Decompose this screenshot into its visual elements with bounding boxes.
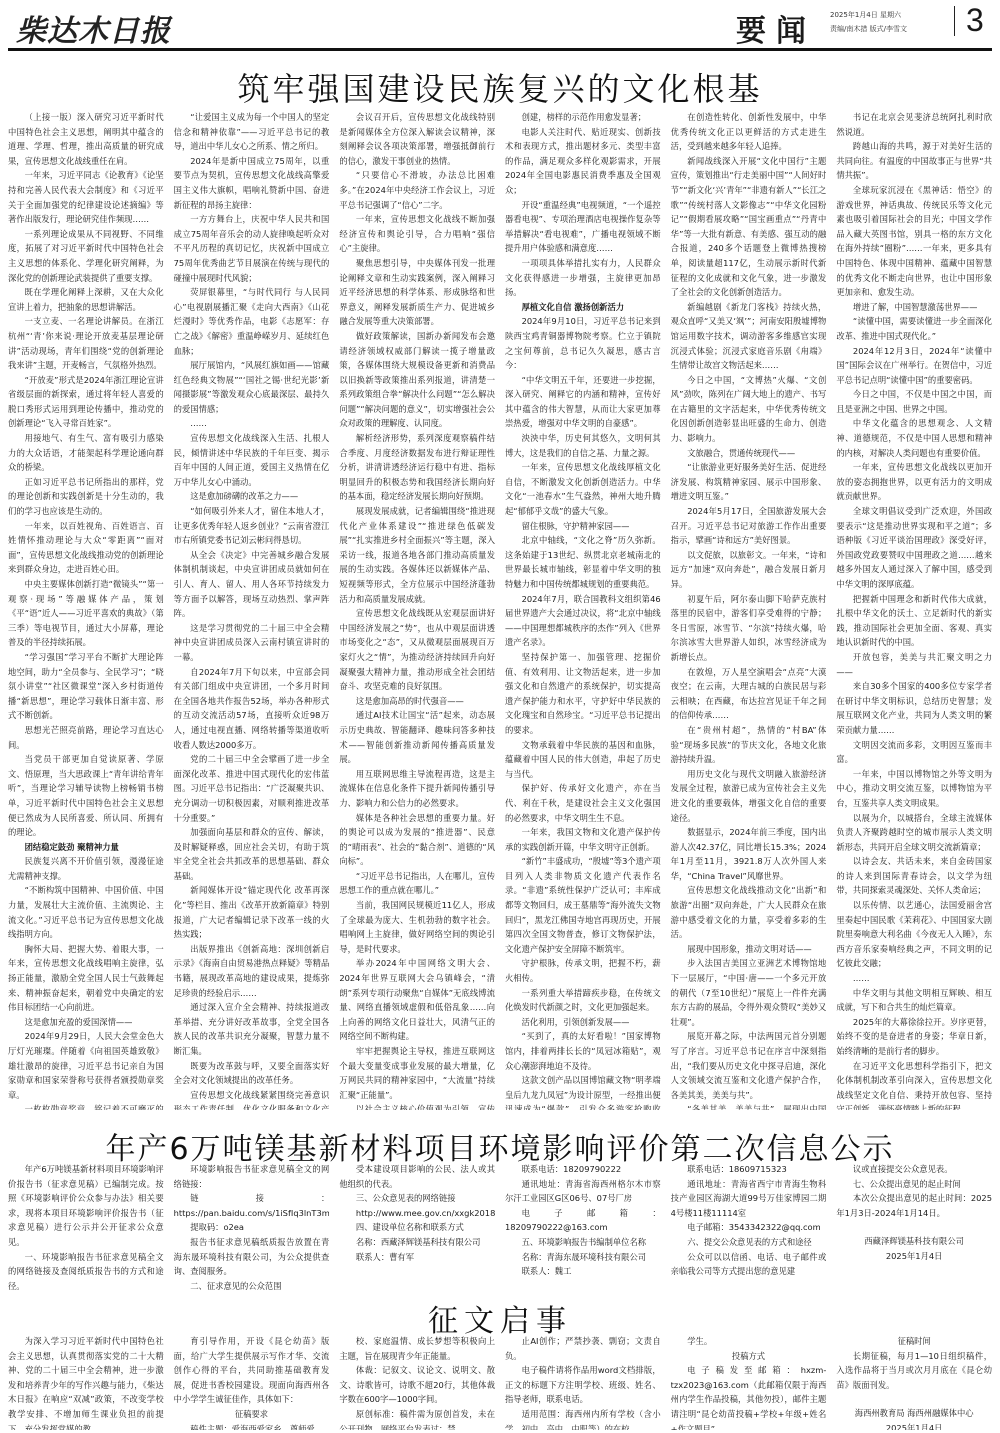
text-column: 年产6万吨镁基新材料项目环境影响评价报告书（征求意见稿）已编制完成。按照《环境影…: [8, 1162, 164, 1292]
paragraph: 这是愈加充盈的爱国深情——: [8, 1015, 164, 1030]
paragraph: 增进了解，中国智慧激荡世界——: [836, 300, 992, 315]
paragraph: 展览开幕之际，中法两国元首分别题写了序言。习近平总书记在序言中深刻指出，“我们要…: [671, 1029, 827, 1102]
paragraph: 从全会《决定》中完善城乡融合发展体制机制谈起，中央宣讲团成员就如何在引人、育人、…: [174, 548, 330, 621]
paragraph: 新闻战线深入开展“文化中国行”主题宣传，策划推出“行走美丽中国”“人间好时节”“…: [671, 154, 827, 300]
paragraph: 今日之中国，“文博热”火爆、“文创风”劲吹，陈列在广阔大地上的遗产、书写在古籍里…: [671, 373, 827, 446]
paragraph: “学习强国”学习平台不断扩大理论阵地空间，助力“全员参与、全民学习”；“晓氛小讲…: [8, 650, 164, 723]
paragraph: 五、环境影响报告书编制单位名称: [505, 1235, 661, 1250]
paragraph: 数据显示，2024年前三季度，国内出游人次42.37亿，同比增长15.3%；20…: [671, 825, 827, 883]
paragraph: （上接一版）深入研究习近平新时代中国特色社会主义思想，阐明其中蕴含的道理、学理、…: [8, 110, 164, 168]
paragraph: 当前，我国网民规模近11亿人，形成了全球最为庞大、生机勃勃的数字社会。唱响网上主…: [339, 898, 495, 956]
paragraph: 一年来，宣传思想文化战线不断加强经济宣传和舆论引导，合力唱响“强信心”主旋律。: [339, 212, 495, 256]
paragraph: “中华文明五千年，还要进一步挖掘，深入研究、阐释它的内涵和精神，宣传好其中蕴含的…: [505, 373, 661, 431]
issue-meta: 2025年1月4日 星期六 责编/南木措 版式/李雪文: [830, 8, 950, 36]
paragraph: 议或直接提交公众意见表。: [836, 1162, 992, 1177]
paragraph: ……: [174, 416, 330, 431]
paragraph: “习近平总书记指出，人在哪儿，宣传思想工作的重点就在哪儿。”: [339, 869, 495, 898]
paragraph: 二、征求意见的公众范围: [174, 1279, 330, 1292]
text-column: 受本建设项目影响的公民、法人或其他组织的代表。三、公众意见表的网络链接http:…: [339, 1162, 495, 1292]
paragraph: “让爱国主义成为每一个中国人的坚定信念和精神依靠”——习近平总书记的教导，道出中…: [174, 110, 330, 154]
paragraph: 创建，榜样的示范作用愈发显著；: [505, 110, 661, 125]
paragraph: 一年来，习近平同志《论教育》《论坚持和完善人民代表大会制度》和《习近平关于全面加…: [8, 168, 164, 226]
paragraph: 报告书征求意见稿纸质报告放置在青海东晟环境科技有限公司，为公众提供查询、查阅服务…: [174, 1235, 330, 1279]
paragraph: 来自30多个国家的400多位专家学者在研讨中华文明标识，总结历史智慧；发展互联网…: [836, 679, 992, 737]
paragraph: 联系人：魏工: [505, 1264, 661, 1279]
signature-org: 西藏泽辉镁基科技有限公司: [836, 1234, 992, 1249]
text-column: 育引导作用，开设《昆仑幼苗》版面，给广大学生提供展示写作才华、交流创作心得的平台…: [174, 1334, 330, 1430]
paragraph: 原创标准：稿件需为原创首发，未在公开刊物、网络平台发表过；禁: [339, 1407, 495, 1430]
text-column: 校、家庭温情、成长梦想等积极向上主题，旨在展现青少年正能量。体裁：记叙文、议论文…: [339, 1334, 495, 1430]
paragraph: 三、公众意见表的网络链接: [339, 1191, 495, 1206]
paragraph: 北京中轴线，“文化之脊”历久弥新。这条始建于13世纪、纵贯北京老城南北的世界最长…: [505, 533, 661, 591]
paragraph: 泱泱中华，历史何其悠久，文明何其博大，这是我们的自信之基、力量之源。: [505, 431, 661, 460]
paragraph: 既在学理化阐释上深耕，又在大众化宣讲上着力，把抽象的思想讲解活。: [8, 285, 164, 314]
paragraph: 新编越剧《新龙门客栈》持续火热，观众直呼“又美又‘飒’”；河南安阳殷墟博物馆运用…: [671, 300, 827, 373]
paragraph: 今日之中国，不仅是中国之中国，而且是亚洲之中国、世界之中国。: [836, 387, 992, 416]
paragraph: 全球文明倡议受到广泛欢迎，外国政要表示“这是推动世界实现和平之道”；多语种版《习…: [836, 504, 992, 592]
signature: 海西州教育局 海西州融媒体中心2025年1月4日: [836, 1406, 992, 1430]
paragraph: 以诗会友、共话未来，来自金砖国家的诗人来到国际青春诗会，以文学为纽带，共同探索灵…: [836, 854, 992, 898]
paragraph: 在习近平文化思想科学指引下，把文化体制机制改革引向深入，宣传思想文化战线坚定文化…: [836, 1059, 992, 1110]
paragraph: 联系电话：18209790222: [505, 1162, 661, 1177]
paragraph: 这是愈加高昂的时代强音——: [339, 694, 495, 709]
paragraph: 链接：https://pan.baidu.com/s/1iSfIq3lnT3mP…: [174, 1191, 330, 1220]
paragraph: 2024年5月17日，全国旅游发展大会召开。习近平总书记对旅游工作作出重要指示，…: [671, 504, 827, 548]
paragraph: 既要为改革鼓与呼，又要全面落实好全会对文化领域提出的改革任务。: [174, 1059, 330, 1088]
paragraph: “开放麦”形式是2024年浙江理论宣讲省级层面的新探索，通过将年轻人喜爱的脱口秀…: [8, 373, 164, 431]
paragraph: 聚焦思想引导，中央媒体刊发一批理论阐释文章和生动实践案例，深入阐释习近平经济思想…: [339, 256, 495, 329]
text-column: 为深入学习习近平新时代中国特色社会主义思想，认真贯彻落实党的二十大精神、党的二十…: [8, 1334, 164, 1430]
paragraph: 电子邮箱：3543342322@qq.com: [671, 1220, 827, 1235]
paragraph: 留住根脉，守护精神家园——: [505, 519, 661, 534]
text-column: 征稿时间长期征稿，每月1—10日组织稿件，入选作品将于当月或次月月底在《昆仑幼苗…: [836, 1334, 992, 1430]
paragraph: “如何吸引外来人才，留住本地人才，让更多优秀年轻人返乡创业？”云南省澄江市右所镇…: [174, 504, 330, 548]
paragraph: “买到了，真的太好看啦！”国家博物馆内，排着两排长长的“凤冠冰箱贴”，观众心潮澎…: [505, 1029, 661, 1073]
paragraph: 四、建设单位名称和联系方式: [339, 1220, 495, 1235]
paragraph: 一年来，中国以博物馆之外等文明为中心，推动文明交流互鉴，以博物馆为平台，互鉴共享…: [836, 767, 992, 811]
paragraph: 解析经济形势，系列深度观察稿件结合季度、月度经济数据发布进行辩证理性分析，讲清讲…: [339, 431, 495, 504]
paragraph: 宣传思想文化战线深入生活、扎根人民，倾情讲述中华民族的千年巨变、揭示百年中国的人…: [174, 431, 330, 489]
paragraph: 学生。: [671, 1334, 827, 1349]
section-title: 要闻: [736, 6, 816, 50]
paragraph: 这是学习贯彻党的二十届三中全会精神中央宣讲团成员深入云南村镇宣讲时的一幕。: [174, 621, 330, 665]
paragraph: 荧屏银幕里，“与时代同行 与人民同心”电视剧展播汇聚《走向大西南》《山花烂漫时》…: [174, 285, 330, 358]
paragraph: 宣传思想文化战线紧紧围绕完善意识形态工作责任制、优化文化服务和文化产品供给机制、…: [174, 1088, 330, 1110]
paragraph: 活化利用，引领创新发展——: [505, 1015, 661, 1030]
paragraph: 党的二十届三中全会擘画了进一步全面深化改革、推进中国式现代化的宏伟蓝图。习近平总…: [174, 752, 330, 825]
paragraph: 全球玩家沉浸在《黑神话：悟空》的游戏世界，神话典故、传统民乐等文化元素也吸引着国…: [836, 183, 992, 300]
paragraph: 一年来，宣传思想文化战线厚植文化自信，不断激发文化创新创造活力。中华文化“一池春…: [505, 460, 661, 518]
text-column: 止AI创作；严禁抄袭、剽窃；文责自负。电子稿件请将作品用word文档排版，正文的…: [505, 1334, 661, 1430]
text-column: 在创造性转化、创新性发展中，中华优秀传统文化正以更鲜活的方式走进生活，受到越来越…: [671, 110, 827, 1110]
paragraph: 环境影响报告书征求意见稿全文的网络链接：: [174, 1162, 330, 1191]
paragraph: 一方方舞台上，庆祝中华人民共和国成立75周年音乐会的动人旋律唤起听众对不平凡历程…: [174, 212, 330, 285]
issue-date: 2025年1月4日 星期六: [830, 8, 950, 22]
paragraph: 书记在北京会见斐济总统阿扎利时欣然说道。: [836, 110, 992, 139]
paragraph: 六、提交公众意见表的方式和途径: [671, 1235, 827, 1250]
paragraph: 厚植文化自信 激扬创新活力: [505, 300, 661, 315]
paragraph: 2024年是新中国成立75周年，以重要节点为契机，宣传思想文化战线高擎爱国主义伟…: [174, 154, 330, 212]
paragraph: 开放包容，美美与共汇聚文明之力——: [836, 650, 992, 679]
paragraph: 做好政策解读，国新办新闻发布会邀请经济领域权威部门解读一揽子增量政策，各媒体围绕…: [339, 329, 495, 431]
paragraph: 坚持保护第一、加强管理、挖掘价值、有效利用、让文物活起来，进一步加强文化和自然遗…: [505, 650, 661, 738]
paragraph: 加强面向基层和群众的宣传、解读，及时解疑释惑，回应社会关切，有助于筑牢全党全社会…: [174, 825, 330, 883]
paragraph: 一年来，以百姓视角、百姓语言、百姓情怀推动理论与大众“零距离”“面对面”，宣传思…: [8, 519, 164, 577]
paragraph: 止AI创作；严禁抄袭、剽窃；文责自负。: [505, 1334, 661, 1363]
paragraph: 文明因交流而多彩，文明因互鉴而丰富。: [836, 738, 992, 767]
paragraph: 通讯地址：青海省西宁市青海生物科技产业园区海湖大道99号万佳家博园二期4号楼11…: [671, 1177, 827, 1221]
paragraph: 用接地气、有生气、富有吸引力感染力的大众话语，才能架起科学理论通向群众的桥梁。: [8, 431, 164, 475]
paragraph: ……: [836, 971, 992, 986]
paragraph: 文旅融合，贯通传统现代——: [671, 446, 827, 461]
paragraph: 出版界推出《创新高地：深圳创新启示录》《海南自由贸易港热点释疑》等精品书籍，展现…: [174, 942, 330, 1000]
paragraph: 保护好、传承好文化遗产，亦在当代、利在千秋，是建设社会主义文化强国的必然要求，中…: [505, 781, 661, 825]
paragraph: 稿件主题：爱海西爱家乡、尊师爱: [174, 1422, 330, 1430]
paragraph: 在创造性转化、创新性发展中，中华优秀传统文化正以更鲜活的方式走进生活，受到越来越…: [671, 110, 827, 154]
paragraph: 用互联网思维主导流程再造，这是主流媒体在信息化条件下提升新闻传播引导力、影响力和…: [339, 767, 495, 811]
paragraph: 会议召开后，宣传思想文化战线特别是新闻媒体全方位深入解读会议精神，深刻阐释会议各…: [339, 110, 495, 168]
paragraph: 展现中国形象，推动文明对话——: [671, 942, 827, 957]
paragraph: 受本建设项目影响的公民、法人或其他组织的代表。: [339, 1162, 495, 1191]
paragraph: 新闻媒体开设“锚定现代化 改革再深化”等栏目、推出《改革开放新篇章》特别报道，广…: [174, 883, 330, 941]
paragraph: 电子邮箱：18209790222@163.com: [505, 1206, 661, 1235]
paragraph: 电子稿件请将作品用word文档排版，正文的标题下方注明学校、班级、姓名、指导老师…: [505, 1363, 661, 1407]
signature-date: 2025年1月4日: [836, 1249, 992, 1264]
paragraph: 本次公众提出意见的起止时间：2025年1月3日-2024年1月14日。: [836, 1191, 992, 1220]
text-column: 议或直接提交公众意见表。七、公众提出意见的起止时间本次公众提出意见的起止时间：2…: [836, 1162, 992, 1292]
paragraph: “读懂中国，需要读懂进一步全面深化改革、推进中国式现代化。”: [836, 314, 992, 343]
paragraph: 通讯地址：青海省海西州格尔木市察尔汗工业园区G区06号、07号厂房: [505, 1177, 661, 1206]
paragraph: 2024年9月10日，习近平总书记来到陕西宝鸡青铜器博物院考察。伫立于镇院之宝何…: [505, 314, 661, 372]
paragraph: 年产6万吨镁基新材料项目环境影响评价报告书（征求意见稿）已编制完成。按照《环境影…: [8, 1162, 164, 1250]
paragraph: 电子稿发至邮箱：hxzm-tzx2023@163.com（此邮箱仅限于海西州内学…: [671, 1363, 827, 1430]
masthead-rule: [8, 48, 992, 51]
paragraph: 自2024年7月下旬以来，中宣部会同有关部门组成中央宣讲团，一个多月时间在全国各…: [174, 665, 330, 753]
text-column: 联系电话：18609715323通讯地址：青海省西宁市青海生物科技产业园区海湖大…: [671, 1162, 827, 1292]
paragraph: 通过深入宣介全会精神、持续报道改革举措、充分讲好改革故事，全党全国各族人民的改革…: [174, 1000, 330, 1058]
paragraph: 电影人关注时代、贴近现实、创新技术和表现方式，推出题材多元、类型丰富的作品，满足…: [505, 125, 661, 198]
paragraph: 这是愈加磅礴的改革之力——: [174, 489, 330, 504]
subheading: 征稿要求: [174, 1407, 330, 1422]
paragraph: 以展为介，以城搭台，全球主流媒体负责人齐聚跨越时空的城市展示人类文明新形态，共同…: [836, 811, 992, 855]
newspaper-logo: 柴达木日报: [16, 6, 171, 50]
main-article-body: （上接一版）深入研究习近平新时代中国特色社会主义思想，阐明其中蕴含的道理、学理、…: [8, 110, 992, 1110]
page-number-divider: [954, 6, 955, 36]
paragraph: 一年来，宣传思想文化战线以更加开放的姿态拥抱世界，以更有活力的文明成就贡献世界。: [836, 460, 992, 504]
paragraph: “不断构筑中国精神、中国价值、中国力量，发展壮大主流价值、主流舆论、主流文化。”…: [8, 883, 164, 941]
paragraph: 团结稳定鼓劲 聚精神力量: [8, 840, 164, 855]
paragraph: 提取码：o2ea: [174, 1220, 330, 1235]
paragraph: 展厅展馆内，“风展红旗如画——馆藏红色经典文物展”“‘国社之锡·世纪光影’新闻摄…: [174, 358, 330, 416]
paragraph: 宣传思想文化战线推动文化“出新”和旅游“出圈”双向奔赴，广大人民群众在旅游中感受…: [671, 883, 827, 941]
paragraph: 育引导作用，开设《昆仑幼苗》版面，给广大学生提供展示写作才华、交流创作心得的平台…: [174, 1334, 330, 1407]
paragraph: 七、公众提出意见的起止时间: [836, 1177, 992, 1192]
paragraph: 中央主要媒体创新打造“微镜头”“第一观察·现场”等融媒体产品，策划《平“语”近人…: [8, 577, 164, 650]
notice-body: 年产6万吨镁基新材料项目环境影响评价报告书（征求意见稿）已编制完成。按照《环境影…: [8, 1162, 992, 1292]
paragraph: 牢牢把握舆论主导权，推进互联网这个最大变量变成事业发展的最大增量，亿万网民共同的…: [339, 1044, 495, 1102]
paragraph: 媒体是各种社会思想的重要力量。好的舆论可以成为发展的“推进器”、民意的“晴雨表”…: [339, 811, 495, 869]
paragraph: 跨越山海的共鸣，源于对美好生活的共同向往。有温度的中国故事正与世界“共情共振”。: [836, 139, 992, 183]
paragraph: 用历史文化与现代文明融入旅游经济发展全过程，旅游已成为宣传社会主义先进文化的重要…: [671, 767, 827, 825]
text-column: “让爱国主义成为每一个中国人的坚定信念和精神依靠”——习近平总书记的教导，道出中…: [174, 110, 330, 1110]
text-column: 联系电话：18209790222通讯地址：青海省海西州格尔木市察尔汗工业园区G区…: [505, 1162, 661, 1292]
paragraph: 正如习近平总书记所指出的那样，党的理论创新和实践创新是十分生动的，我们的学习也应…: [8, 475, 164, 519]
paragraph: 中华文化蕴含的思想观念、人文精神、道德规范，不仅是中国人思想和精神的内核，对解决…: [836, 416, 992, 460]
paragraph: 一系列理论成果从不同视野、不同维度，拓展了对习近平新时代中国特色社会主义思想的体…: [8, 227, 164, 285]
paragraph: 开设“重温经典”电视频道，“一个遥控器看电视”、专项治理酒店电视操作复杂等举措解…: [505, 198, 661, 256]
paragraph: “各美其美，美美与共”，展现出中国共产党人开放包容的胸襟格局，诠释了平等、互鉴、…: [671, 1102, 827, 1110]
signature-date: 2025年1月4日: [836, 1421, 992, 1430]
paragraph: 这款文创产品以国博馆藏文物“明孝端皇后九龙九凤冠”为设计原型，一经推出便迅速成为…: [505, 1073, 661, 1110]
subheading: 投稿方式: [671, 1349, 827, 1364]
paragraph: 名称：青海东晟环境科技有限公司: [505, 1250, 661, 1265]
paragraph: 体裁：记叙文、议论文、说明文、散文、诗歌皆可，诗歌不超20行，其他体裁字数在60…: [339, 1363, 495, 1407]
paragraph: 步入法国吉美国立亚洲艺术博物馆地下一层展厅，“中国·唐——一个多元开放的朝代（7…: [671, 956, 827, 1029]
paragraph: 一、环境影响报告书征求意见稿全文的网络链接及查阅纸质报告书的方式和途径。: [8, 1250, 164, 1292]
paragraph: http://www.mee.gov.cn/xxgk2018/xxgk/xxgk…: [339, 1206, 495, 1221]
text-column: 学生。投稿方式电子稿发至邮箱：hxzm-tzx2023@163.com（此邮箱仅…: [671, 1334, 827, 1430]
page-number: 3: [966, 2, 984, 39]
paragraph: “让旅游业更好服务美好生活、促进经济发展、构筑精神家园、展示中国形象、增进文明互…: [671, 460, 827, 504]
paragraph: 一支立麦、一名理论讲解员。在浙江杭州“‘青’你来说·理论开放麦基层理论研讲”活动…: [8, 314, 164, 372]
paragraph: 一枚枚勋章奖章，铭记着不可磨灭的功勋。通过媒体和网络，英雄们的事迹传遍大江南北，…: [8, 1102, 164, 1110]
text-column: 会议召开后，宣传思想文化战线特别是新闻媒体全方位深入解读会议精神，深刻阐释会议各…: [339, 110, 495, 1110]
paragraph: 为深入学习习近平新时代中国特色社会主义思想，认真贯彻落实党的二十大精神、党的二十…: [8, 1334, 164, 1430]
paragraph: “新竹”丰盛成功，“殷墟”等3个遗产项目列入人类非物质文化遗产代表作名录。“非遗…: [505, 854, 661, 956]
paragraph: 以社会主义核心价值观为引领，宣传思想文化战线弘扬主流思想、践行为民宗旨，深入开展…: [339, 1102, 495, 1110]
essay-call-body: 为深入学习习近平新时代中国特色社会主义思想，认真贯彻落实党的二十大精神、党的二十…: [8, 1334, 992, 1430]
paragraph: 守护根脉，传承文明，把握不朽，薪火相传。: [505, 956, 661, 985]
paragraph: 当党员干部更加自觉读原著、学原文、悟原理，当大思政课上“青年讲给青年听”，当理论…: [8, 752, 164, 840]
text-column: 环境影响报告书征求意见稿全文的网络链接：链接：https://pan.baidu…: [174, 1162, 330, 1292]
paragraph: 适用范围：海西州内所有学校（含小学、初中、高中、中职等）的在校: [505, 1407, 661, 1430]
paragraph: 校、家庭温情、成长梦想等积极向上主题，旨在展现青少年正能量。: [339, 1334, 495, 1363]
paragraph: 举办2024年中国网络文明大会、2024年世界互联网大会乌镇峰会，“清朗”系列专…: [339, 956, 495, 1044]
paragraph: 2024年9月29日，人民大会堂金色大厅灯光璀璨。伴随着《向祖国英雄致敬》雄壮激…: [8, 1029, 164, 1102]
signature-org: 海西州教育局 海西州融媒体中心: [836, 1406, 992, 1421]
paragraph: 联系人：曹有军: [339, 1250, 495, 1265]
masthead: 柴达木日报 要闻 2025年1月4日 星期六 责编/南木措 版式/李雪文 3: [8, 0, 992, 52]
paragraph: 胸怀大局、把握大势、着眼大事，一年来，宣传思想文化战线唱响主旋律，弘扬正能量，激…: [8, 942, 164, 1015]
paragraph: 中华文明与其他文明相互辉映、相互成就，写下和合共生的灿烂篇章。: [836, 986, 992, 1015]
paragraph: 2024年7月，联合国教科文组织第46届世界遗产大会通过决议，将“北京中轴线——…: [505, 592, 661, 650]
paragraph: 公众可以以信函、电话、电子邮件或亲临我公司等方式提出您的意见建: [671, 1250, 827, 1279]
paragraph: 名称：西藏泽辉镁基科技有限公司: [339, 1235, 495, 1250]
paragraph: 以文促旅，以旅彰文。一年来，“诗和远方”加速“双向奔赴”，融合发展日新月异。: [671, 548, 827, 592]
paragraph: 一年来，我国文物和文化遗产保护传承的实践创新开篇，中华文明守正创新。: [505, 825, 661, 854]
main-article-headline: 筑牢强国建设民族复兴的文化根基: [0, 64, 1000, 110]
paragraph: 以乐传情、以艺通心，法国爱丽舍宫里奏起中国民歌《茉莉花》、中国国家大剧院里奏响意…: [836, 898, 992, 971]
text-column: 创建，榜样的示范作用愈发显著；电影人关注时代、贴近现实、创新技术和表现方式，推出…: [505, 110, 661, 1110]
paragraph: 在“贵州村超”，热情的“村BA”体验“现场多民族”的节庆文化，各地文化旅游持续升…: [671, 723, 827, 767]
paragraph: 把握新中国理念和新时代伟大成就，扎根中华文化的沃土、立足新时代的新实践，推动国际…: [836, 592, 992, 650]
paragraph: 宣传思想文化战线既从宏观层面讲好中国经济发展之“势”，也从中观层面讲透市场变化之…: [339, 606, 495, 694]
paragraph: 联系电话：18609715323: [671, 1162, 827, 1177]
subheading: 征稿时间: [836, 1334, 992, 1349]
paragraph: 2025年的大幕徐徐拉开。岁序更替，始终不变的是奋进者的身姿；华章日新，始终清晰…: [836, 1015, 992, 1059]
paragraph: 民族复兴离不开价值引领，漫漫征途尤需精神支撑。: [8, 854, 164, 883]
paragraph: 2024年12月3日，2024年“读懂中国”国际会议在广州举行。在贺信中，习近平…: [836, 344, 992, 388]
paragraph: “只要信心不滑坡，办法总比困难多。”在2024年中央经济工作会议上，习近平总书记…: [339, 168, 495, 212]
paragraph: 一项项具体举措扎实有力，人民群众文化获得感进一步增强，主旋律更加昂扬。: [505, 256, 661, 300]
paragraph: 长期征稿，每月1—10日组织稿件，入选作品将于当月或次月月底在《昆仑幼苗》版面刊…: [836, 1349, 992, 1393]
paragraph: 展现发展成就，记者编辑围绕“推进现代化产业体系建设”“推进绿色低碳发展”“扎实推…: [339, 504, 495, 606]
signature: 西藏泽辉镁基科技有限公司2025年1月4日: [836, 1234, 992, 1263]
paragraph: 通过AI技术让国宝“活”起来，动态展示历史典故、智能翻译、趣味问答多种技术——智…: [339, 708, 495, 766]
paragraph: 文物承载着中华民族的基因和血脉，蕴藏着中国人民的伟大创造，串起了历史与当代。: [505, 738, 661, 782]
editor-credits: 责编/南木措 版式/李雪文: [830, 22, 950, 36]
text-column: （上接一版）深入研究习近平新时代中国特色社会主义思想，阐明其中蕴含的道理、学理、…: [8, 110, 164, 1110]
paragraph: 初夏午后，阿尔泰山脚下哈萨克族村落里的民宿中，游客们享受难得的宁静；冬日雪原，冰…: [671, 592, 827, 665]
text-column: 书记在北京会见斐济总统阿扎利时欣然说道。跨越山海的共鸣，源于对美好生活的共同向往…: [836, 110, 992, 1110]
paragraph: 思想光芒照亮前路，理论学习直达心间。: [8, 723, 164, 752]
paragraph: 在敦煌，万人星空演唱会“点亮”大漠夜空；在云南，大理古城的白族民居与彩云相映；在…: [671, 665, 827, 723]
paragraph: 一系列重大举措蹄疾步稳，在传统文化焕发时代新颜之时，文化更加强起来。: [505, 986, 661, 1015]
